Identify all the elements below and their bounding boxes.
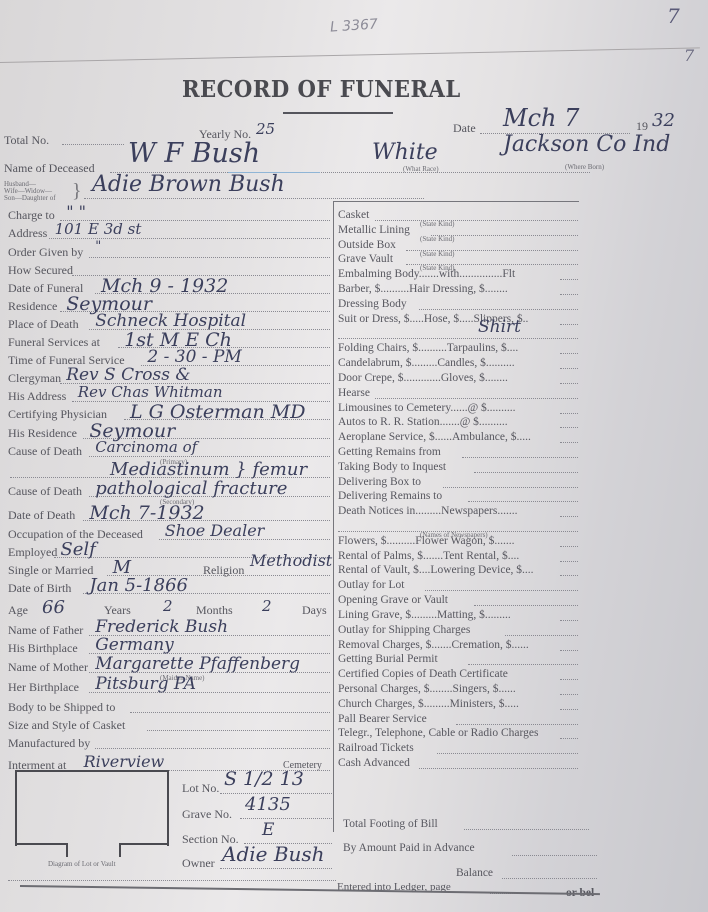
charge-field[interactable] bbox=[560, 516, 578, 517]
field-label: Place of Death bbox=[8, 317, 79, 332]
field-label: Single or Married bbox=[8, 563, 93, 578]
charge-field[interactable] bbox=[375, 398, 578, 399]
field-value[interactable]: Mediastinum } femur bbox=[110, 459, 307, 480]
field-value[interactable]: Frederick Bush bbox=[95, 617, 228, 637]
total-footing-label: Total Footing of Bill bbox=[343, 818, 438, 830]
catalog-number: L 3367 bbox=[330, 16, 379, 35]
charge-label: Outside Box bbox=[338, 239, 396, 251]
balance-field[interactable] bbox=[502, 878, 597, 879]
charge-field[interactable] bbox=[419, 768, 578, 769]
charge-label: Church Charges, $.........Ministers, $..… bbox=[338, 698, 519, 710]
field-label: Cause of Death bbox=[8, 444, 82, 459]
yearly-no-value[interactable]: 25 bbox=[256, 120, 275, 138]
charge-field[interactable] bbox=[560, 679, 578, 680]
charge-field[interactable] bbox=[560, 694, 578, 695]
field-label: Name of Father bbox=[8, 623, 83, 638]
field-value[interactable]: 2 - 30 - PM bbox=[147, 347, 241, 367]
field-value[interactable]: Shoe Dealer bbox=[165, 521, 265, 540]
field-value[interactable]: Germany bbox=[95, 635, 174, 655]
charge-field[interactable] bbox=[560, 368, 578, 369]
charge-field[interactable] bbox=[419, 309, 578, 310]
charge-field[interactable] bbox=[560, 561, 578, 562]
where-born-caption: (Where Born) bbox=[565, 163, 604, 171]
footer-line bbox=[8, 880, 336, 881]
race-value[interactable]: White bbox=[372, 140, 438, 165]
charge-label: Pall Bearer Service bbox=[338, 713, 427, 725]
charge-label: Dressing Body bbox=[338, 298, 407, 310]
charge-field[interactable] bbox=[474, 472, 578, 473]
charge-field[interactable] bbox=[560, 427, 578, 428]
owner-value[interactable]: Adie Bush bbox=[222, 842, 325, 866]
field-label: His Residence bbox=[8, 426, 77, 441]
title-underline bbox=[283, 112, 393, 114]
grave-no-label: Grave No. bbox=[182, 807, 232, 822]
charge-field[interactable] bbox=[560, 353, 578, 354]
charge-field[interactable] bbox=[560, 650, 578, 651]
age-months-value[interactable]: 2 bbox=[163, 597, 173, 615]
relation-value[interactable]: Adie Brown Bush bbox=[92, 172, 285, 197]
field-line[interactable] bbox=[147, 730, 330, 731]
field-line[interactable] bbox=[130, 712, 330, 713]
charge-label: Personal Charges, $........Singers, $...… bbox=[338, 683, 516, 695]
charge-label: Taking Body to Inquest bbox=[338, 461, 446, 473]
charge-field[interactable] bbox=[560, 413, 578, 414]
charge-field[interactable] bbox=[560, 279, 578, 280]
lot-diagram-edge bbox=[15, 843, 67, 845]
charge-label: Delivering Remains to bbox=[338, 490, 442, 502]
diagram-caption: Diagram of Lot or Vault bbox=[48, 860, 116, 868]
charge-label: Telegr., Telephone, Cable or Radio Charg… bbox=[338, 727, 538, 739]
field-label: Date of Birth bbox=[8, 581, 71, 596]
field-label: Residence bbox=[8, 299, 57, 314]
lot-diagram-edge bbox=[119, 843, 121, 857]
field-line[interactable] bbox=[95, 748, 330, 749]
charge-label: Outlay for Lot bbox=[338, 579, 404, 591]
field-label: Date of Death bbox=[8, 508, 75, 523]
charge-field[interactable] bbox=[338, 338, 578, 339]
charge-caption: (State Kind) bbox=[420, 250, 454, 258]
field-value[interactable]: Schneck Hospital bbox=[95, 311, 246, 331]
field-line[interactable] bbox=[49, 238, 330, 239]
charge-caption: (State Kind) bbox=[420, 220, 454, 228]
divider bbox=[0, 47, 700, 63]
charge-field[interactable] bbox=[560, 620, 578, 621]
charge-field[interactable] bbox=[437, 753, 578, 754]
charge-label: Cash Advanced bbox=[338, 757, 410, 769]
charge-field[interactable] bbox=[462, 457, 578, 458]
name-of-deceased-label: Name of Deceased bbox=[4, 161, 95, 176]
charge-label: Rental of Vault, $....Lowering Device, $… bbox=[338, 564, 534, 576]
charge-field[interactable] bbox=[560, 575, 578, 576]
charge-label: Getting Remains from bbox=[338, 446, 441, 458]
charge-label: Grave Vault bbox=[338, 253, 393, 265]
field-label: Order Given by bbox=[8, 245, 83, 260]
charge-field[interactable] bbox=[560, 442, 578, 443]
charge-label: Railroad Tickets bbox=[338, 742, 414, 754]
charge-label: Embalming Body.......with...............… bbox=[338, 268, 515, 280]
field-label: Clergyman bbox=[8, 371, 61, 386]
charge-label: Door Crepe, $.............Gloves, $.....… bbox=[338, 372, 508, 384]
charge-label: Folding Chairs, $..........Tarpaulins, $… bbox=[338, 342, 518, 354]
field-label: Charge to bbox=[8, 208, 55, 223]
charge-field[interactable] bbox=[468, 501, 578, 502]
charge-field[interactable] bbox=[560, 324, 578, 325]
charge-field[interactable] bbox=[560, 383, 578, 384]
charge-field[interactable] bbox=[560, 738, 578, 739]
owner-line bbox=[220, 868, 332, 869]
charge-field[interactable] bbox=[456, 724, 578, 725]
paid-advance-field[interactable] bbox=[512, 855, 597, 856]
total-footing-field[interactable] bbox=[464, 829, 589, 830]
religion-value[interactable]: Methodist bbox=[250, 551, 332, 570]
field-label: Employed bbox=[8, 545, 57, 560]
days-label: Days bbox=[302, 603, 327, 618]
charge-field[interactable] bbox=[560, 709, 578, 710]
charge-label: Casket bbox=[338, 209, 369, 221]
charge-label: Removal Charges, $.......Cremation, $...… bbox=[338, 639, 529, 651]
field-value[interactable]: Rev S Cross & bbox=[66, 365, 190, 385]
charge-label: Rental of Palms, $.......Tent Rental, $.… bbox=[338, 550, 519, 562]
charge-caption: (State Kind) bbox=[420, 235, 454, 243]
field-label: Funeral Services at bbox=[8, 335, 100, 350]
field-label: How Secured bbox=[8, 263, 73, 278]
total-no-field[interactable] bbox=[62, 144, 124, 145]
charge-field[interactable] bbox=[375, 220, 578, 221]
charge-label: Flowers, $..........Flower Wagon, $.....… bbox=[338, 535, 514, 547]
field-label: Size and Style of Casket bbox=[8, 718, 125, 733]
deceased-name-value[interactable]: W F Bush bbox=[128, 138, 260, 169]
field-value[interactable]: Self bbox=[60, 539, 95, 560]
relation-field-line bbox=[84, 198, 424, 199]
charge-label: Lining Grave, $.........Matting, $......… bbox=[338, 609, 511, 621]
charge-field[interactable] bbox=[560, 294, 578, 295]
field-label: Address bbox=[8, 226, 47, 241]
field-label: Body to be Shipped to bbox=[8, 700, 115, 715]
date-value[interactable]: Mch 7 bbox=[503, 104, 579, 132]
relation-label: Son—Daughter of bbox=[4, 194, 56, 202]
months-label: Months bbox=[196, 603, 233, 618]
charge-label: Delivering Box to bbox=[338, 476, 421, 488]
brace: } bbox=[72, 180, 82, 203]
field-label: Name of Mother bbox=[8, 660, 88, 675]
field-value[interactable]: " bbox=[95, 239, 101, 254]
charge-field[interactable] bbox=[505, 635, 578, 636]
charge-field[interactable] bbox=[425, 590, 578, 591]
field-value[interactable]: Pitsburg PA bbox=[95, 674, 196, 694]
charge-label: Candelabrum, $.........Candles, $.......… bbox=[338, 357, 515, 369]
field-value[interactable]: Margarette Pfaffenberg bbox=[95, 654, 300, 674]
lot-no-label: Lot No. bbox=[182, 781, 219, 796]
charge-label: Barber, $..........Hair Dressing, $.....… bbox=[338, 283, 508, 295]
charge-label: Autos to R. R. Station.......@ $........… bbox=[338, 416, 508, 428]
paid-advance-label: By Amount Paid in Advance bbox=[343, 842, 475, 854]
page-title: RECORD OF FUNERAL bbox=[182, 76, 461, 103]
charge-field[interactable] bbox=[443, 487, 578, 488]
race-caption: (What Race) bbox=[403, 165, 439, 173]
field-label: Cause of Death bbox=[8, 484, 82, 499]
field-value[interactable]: pathological fracture bbox=[95, 478, 287, 499]
balance-label: Balance bbox=[456, 867, 493, 879]
field-label: His Birthplace bbox=[8, 641, 78, 656]
where-born-value[interactable]: Jackson Co Ind bbox=[503, 132, 670, 157]
religion-label: Religion bbox=[203, 563, 244, 578]
age-years-value[interactable]: 66 bbox=[42, 597, 65, 618]
charge-field[interactable] bbox=[560, 546, 578, 547]
corner-mark: 7 bbox=[684, 46, 694, 65]
grave-no-value[interactable]: 4135 bbox=[245, 794, 291, 815]
charge-label: Death Notices in.........Newspapers.....… bbox=[338, 505, 518, 517]
charge-label: Metallic Lining bbox=[338, 224, 410, 236]
lot-diagram bbox=[15, 770, 169, 846]
field-line[interactable] bbox=[89, 456, 330, 457]
lot-diagram-edge bbox=[66, 843, 68, 857]
section-no-value[interactable]: E bbox=[262, 820, 274, 840]
grave-no-line bbox=[240, 818, 332, 819]
divider bbox=[20, 885, 600, 895]
owner-label: Owner bbox=[182, 856, 215, 871]
lot-no-value[interactable]: S 1/2 13 bbox=[224, 768, 304, 790]
corner-mark: 7 bbox=[667, 4, 680, 28]
field-label: His Address bbox=[8, 389, 66, 404]
charge-label: Limousines to Cemetery......@ $.........… bbox=[338, 402, 516, 414]
age-days-value[interactable]: 2 bbox=[262, 597, 272, 615]
field-line[interactable] bbox=[89, 257, 330, 258]
date-label: Date bbox=[453, 121, 476, 136]
charge-label: Getting Burial Permit bbox=[338, 653, 438, 665]
charge-field[interactable] bbox=[468, 664, 578, 665]
lot-diagram-edge bbox=[120, 843, 167, 845]
field-value[interactable]: " " bbox=[66, 202, 86, 221]
charge-label: Hearse bbox=[338, 387, 370, 399]
year-value[interactable]: 32 bbox=[652, 110, 675, 131]
charge-label: Aeroplane Service, $......Ambulance, $..… bbox=[338, 431, 531, 443]
field-value[interactable]: Riverview bbox=[84, 752, 165, 771]
field-value[interactable]: Carcinoma of bbox=[95, 438, 197, 456]
field-value[interactable]: 101 E 3d st bbox=[55, 220, 142, 238]
field-label: Her Birthplace bbox=[8, 680, 79, 695]
years-label: Years bbox=[104, 603, 131, 618]
charge-label: Opening Grave or Vault bbox=[338, 594, 448, 606]
field-label: Manufactured by bbox=[8, 736, 90, 751]
charge-label: Outlay for Shipping Charges bbox=[338, 624, 470, 636]
field-value[interactable]: Rev Chas Whitman bbox=[78, 383, 223, 401]
age-label: Age bbox=[8, 603, 28, 618]
total-no-label: Total No. bbox=[4, 133, 49, 148]
charge-value[interactable]: Shirt bbox=[478, 317, 521, 337]
charge-label: Certified Copies of Death Certificate bbox=[338, 668, 508, 680]
field-value[interactable]: Jan 5-1866 bbox=[89, 575, 188, 596]
funeral-record-page: L 3367 7 7 RECORD OF FUNERAL Total No. Y… bbox=[0, 0, 708, 912]
charge-field[interactable] bbox=[474, 605, 578, 606]
